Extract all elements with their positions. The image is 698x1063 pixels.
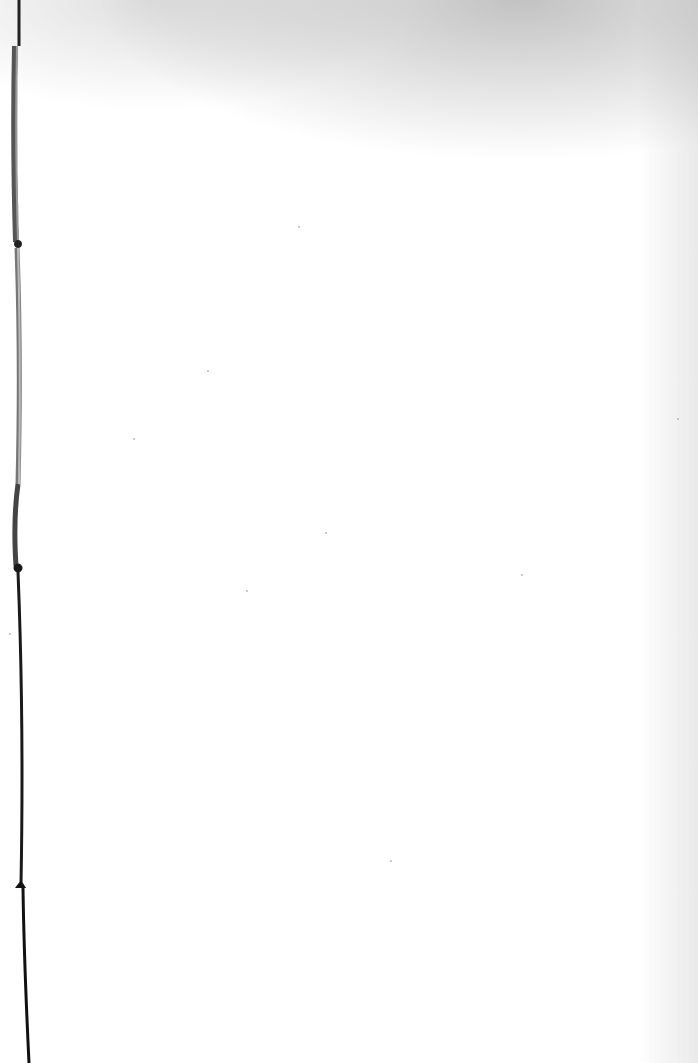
speck xyxy=(133,438,135,440)
scanned-page xyxy=(0,0,698,1063)
speck xyxy=(9,633,11,635)
thread-binding-icon xyxy=(0,0,60,1063)
speck xyxy=(246,590,248,592)
speck xyxy=(390,860,392,862)
speck xyxy=(207,370,209,372)
speck xyxy=(521,574,523,576)
speck xyxy=(677,418,679,420)
speck xyxy=(325,532,327,534)
speck xyxy=(298,226,300,228)
